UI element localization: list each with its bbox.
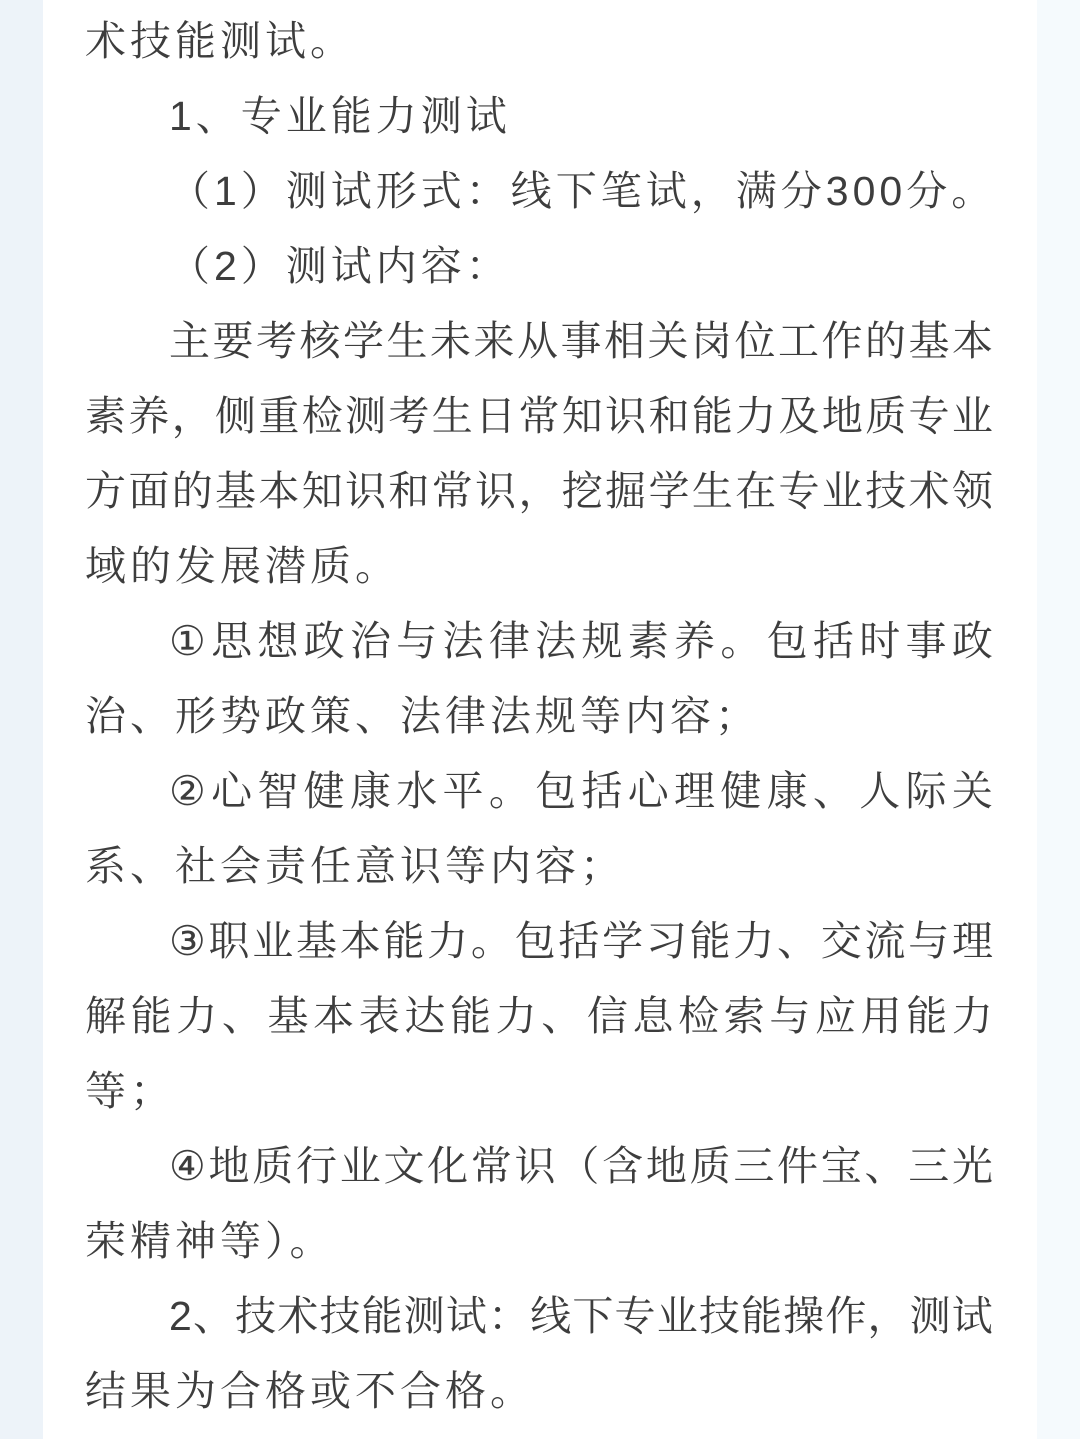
- text-line: ②心智健康水平。包括心理健康、人际关: [85, 754, 993, 829]
- text-line: 荣精神等）。: [85, 1204, 993, 1279]
- text-line: 术技能测试。: [85, 4, 993, 79]
- document-body: 术技能测试。 1、专业能力测试 （1）测试形式：线下笔试，满分300分。 （2）…: [85, 4, 993, 1429]
- text-line: （1）测试形式：线下笔试，满分300分。: [85, 154, 993, 229]
- text-line: 等；: [85, 1054, 993, 1129]
- text-line: 主要考核学生未来从事相关岗位工作的基本: [85, 304, 993, 379]
- text-line: 方面的基本知识和常识，挖掘学生在专业技术领: [85, 454, 993, 529]
- text-line: 素养，侧重检测考生日常知识和能力及地质专业: [85, 379, 993, 454]
- text-line: ①思想政治与法律法规素养。包括时事政: [85, 604, 993, 679]
- right-margin-strip: [1037, 0, 1080, 1439]
- text-line: ③职业基本能力。包括学习能力、交流与理: [85, 904, 993, 979]
- text-line: 解能力、基本表达能力、信息检索与应用能力: [85, 979, 993, 1054]
- left-margin-strip: [0, 0, 43, 1439]
- text-line: 2、技术技能测试：线下专业技能操作，测试: [85, 1279, 993, 1354]
- text-line: ④地质行业文化常识（含地质三件宝、三光: [85, 1129, 993, 1204]
- text-line: 治、形势政策、法律法规等内容；: [85, 679, 993, 754]
- text-line: 系、社会责任意识等内容；: [85, 829, 993, 904]
- text-line: 1、专业能力测试: [85, 79, 993, 154]
- text-line: 域的发展潜质。: [85, 529, 993, 604]
- text-line: 结果为合格或不合格。: [85, 1354, 993, 1429]
- text-line: （2）测试内容：: [85, 229, 993, 304]
